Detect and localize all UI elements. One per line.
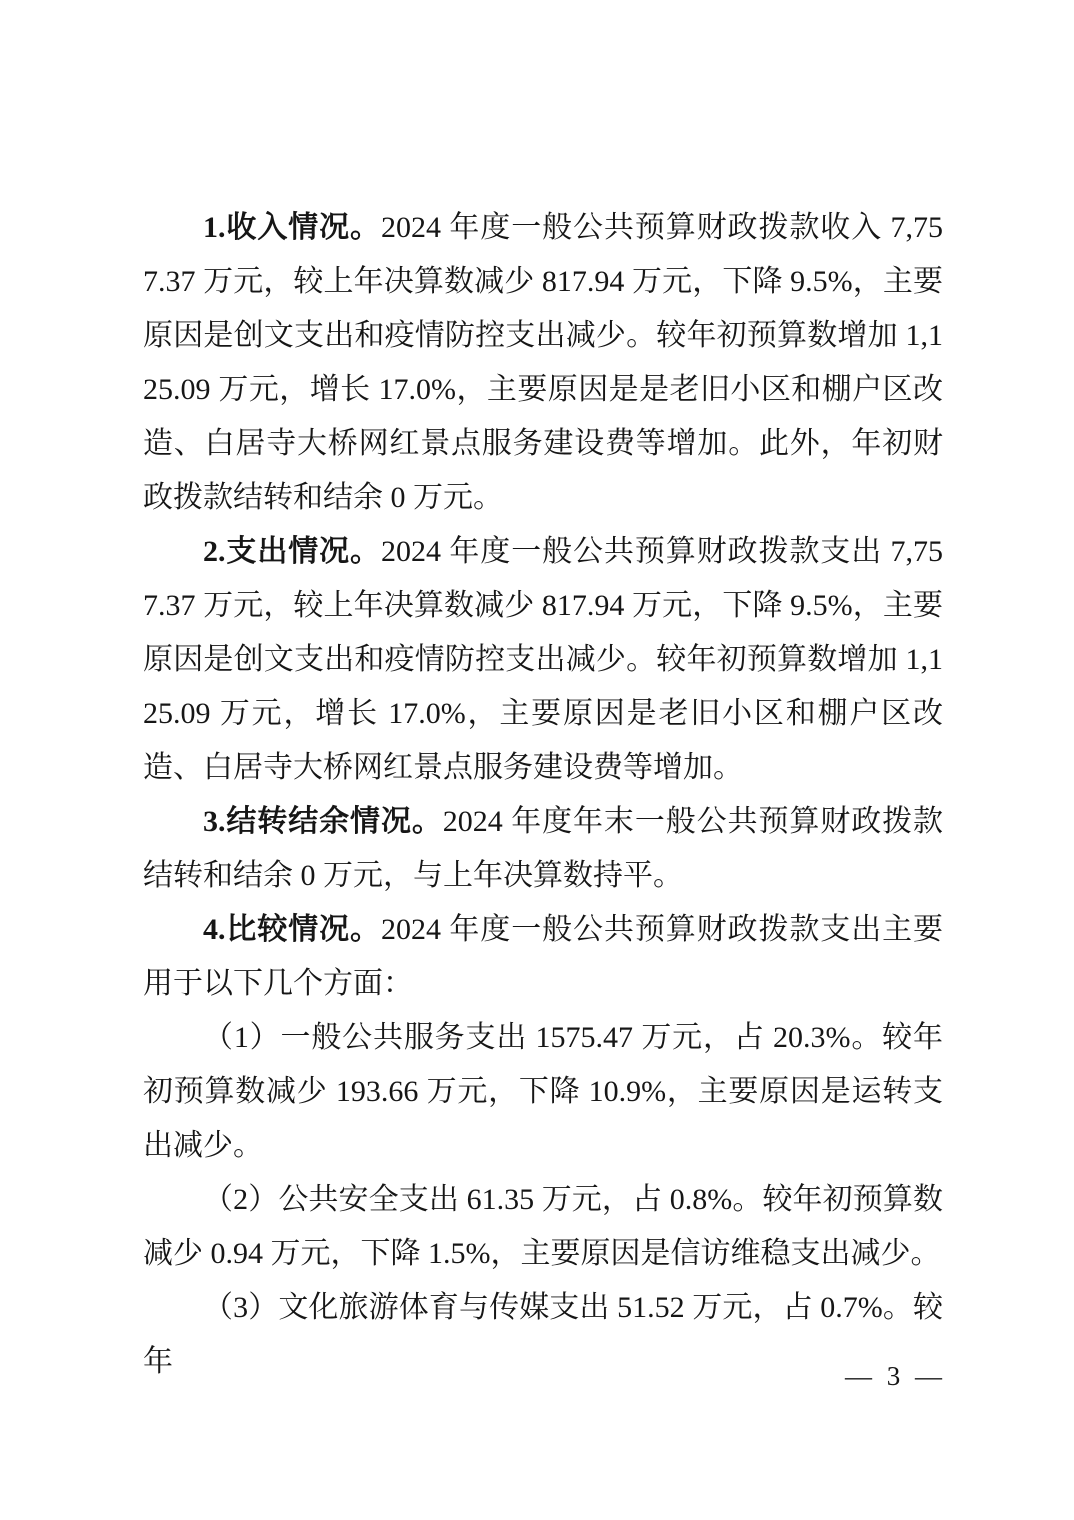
paragraph-carryover: 3.结转结余情况。2024 年度年末一般公共预算财政拨款结转和结余 0 万元，与… xyxy=(143,795,943,903)
item-public-safety-text: （2）公共安全支出 61.35 万元，占 0.8%。较年初预算数减少 0.94 … xyxy=(143,1183,943,1270)
item-culture-tourism-media: （3）文化旅游体育与传媒支出 51.52 万元，占 0.7%。较年 xyxy=(143,1281,943,1389)
item-general-public-services: （1）一般公共服务支出 1575.47 万元，占 20.3%。较年初预算数减少 … xyxy=(143,1011,943,1173)
paragraph-expenditure-text: 2024 年度一般公共预算财政拨款支出 7,757.37 万元，较上年决算数减少… xyxy=(143,535,943,784)
item-public-safety: （2）公共安全支出 61.35 万元，占 0.8%。较年初预算数减少 0.94 … xyxy=(143,1173,943,1281)
document-body: 1.收入情况。2024 年度一般公共预算财政拨款收入 7,757.37 万元，较… xyxy=(143,201,943,1389)
paragraph-income-heading: 1.收入情况。 xyxy=(203,211,381,244)
paragraph-expenditure: 2.支出情况。2024 年度一般公共预算财政拨款支出 7,757.37 万元，较… xyxy=(143,525,943,795)
page-number: — 3 — xyxy=(845,1358,946,1394)
paragraph-income: 1.收入情况。2024 年度一般公共预算财政拨款收入 7,757.37 万元，较… xyxy=(143,201,943,525)
paragraph-income-text: 2024 年度一般公共预算财政拨款收入 7,757.37 万元，较上年决算数减少… xyxy=(143,211,943,514)
paragraph-comparison: 4.比较情况。2024 年度一般公共预算财政拨款支出主要用于以下几个方面： xyxy=(143,903,943,1011)
paragraph-expenditure-heading: 2.支出情况。 xyxy=(203,535,381,568)
document-page: 1.收入情况。2024 年度一般公共预算财政拨款收入 7,757.37 万元，较… xyxy=(0,0,1074,1520)
item-general-public-services-text: （1）一般公共服务支出 1575.47 万元，占 20.3%。较年初预算数减少 … xyxy=(143,1021,943,1162)
paragraph-carryover-heading: 3.结转结余情况。 xyxy=(203,805,443,838)
item-culture-tourism-media-text: （3）文化旅游体育与传媒支出 51.52 万元，占 0.7%。较年 xyxy=(143,1291,943,1378)
paragraph-comparison-heading: 4.比较情况。 xyxy=(203,913,381,946)
